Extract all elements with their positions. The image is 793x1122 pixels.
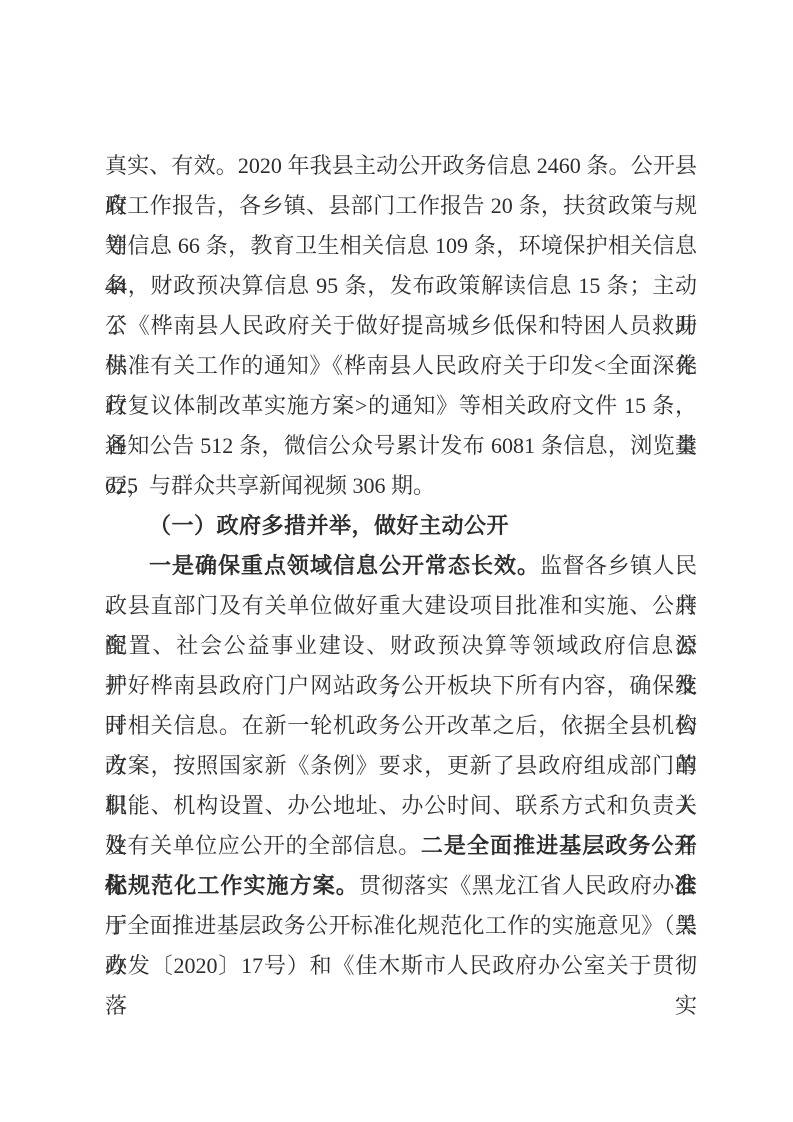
- text-line: 一是确保重点领域信息公开常态长效。监督各乡镇人民政府: [105, 546, 697, 586]
- document-body: 真实、有效。2020 年我县主动公开政务信息 2460 条。公开县政府工作报告，…: [105, 146, 697, 986]
- text-line: 政复议体制改革实施方案>的通知》等相关政府文件 15 条，各类: [105, 386, 697, 426]
- bold-text-segment: 一是确保重点领域信息公开常态长效。: [149, 553, 540, 578]
- text-line: 化规范化工作实施方案。贯彻落实《黑龙江省人民政府办公厅关: [105, 866, 697, 906]
- text-line: 开相关信息。在新一轮机政务公开改革之后，依据全县机构改革: [105, 706, 697, 746]
- text-line: 标准有关工作的通知》《桦南县人民政府关于印发<全面深化行: [105, 346, 697, 386]
- text-line: 于全面推进基层政务公开标准化规范化工作的实施意见》（黑政: [105, 906, 697, 946]
- text-line: 办发〔2020〕17号）和《佳木斯市人民政府办公室关于贯彻落实: [105, 946, 697, 986]
- text-line: 护好桦南县政府门户网站政务公开板块下所有内容，确保及时公: [105, 666, 697, 706]
- text-line: 及有关单位应公开的全部信息。二是全面推进基层政务公开标准: [105, 826, 697, 866]
- text-segment: 及有关单位应公开的全部信息。: [105, 833, 421, 858]
- text-segment: 万，与群众共享新闻视频 306 期。: [105, 473, 435, 498]
- bold-text-segment: 化规范化工作实施方案。: [105, 873, 359, 898]
- section-heading: （一）政府多措并举，做好主动公开: [105, 506, 697, 546]
- text-line: 、县直部门及有关单位做好重大建设项目批准和实施、公共资源: [105, 586, 697, 626]
- document-page: 真实、有效。2020 年我县主动公开政务信息 2460 条。公开县政府工作报告，…: [0, 0, 793, 1122]
- text-line: 条，财政预决算信息 95 条，发布政策解读信息 15 条；主动公开: [105, 266, 697, 306]
- text-line: 真实、有效。2020 年我县主动公开政务信息 2460 条。公开县政: [105, 146, 697, 186]
- text-line: 了《桦南县人民政府关于做好提高城乡低保和特困人员救助供养: [105, 306, 697, 346]
- text-line: 万，与群众共享新闻视频 306 期。: [105, 466, 697, 506]
- text-segment: 办发〔2020〕17号）和《佳木斯市人民政府办公室关于贯彻落实: [105, 953, 697, 1018]
- text-line: 通知公告 512 条，微信公众号累计发布 6081 条信息，浏览量 625: [105, 426, 697, 466]
- text-line: 等信息 66 条，教育卫生相关信息 109 条，环境保护相关信息 44: [105, 226, 697, 266]
- text-line: 配置、社会公益事业建设、财政预决算等领域政府信息公开，维: [105, 626, 697, 666]
- bold-text-segment: （一）政府多措并举，做好主动公开: [149, 513, 509, 538]
- text-line: 职能、机构设置、办公地址、办公时间、联系方式和负责人姓名: [105, 786, 697, 826]
- text-line: 方案，按照国家新《条例》要求，更新了县政府组成部门的机关: [105, 746, 697, 786]
- text-line: 府工作报告，各乡镇、县部门工作报告 20 条，扶贫政策与规划: [105, 186, 697, 226]
